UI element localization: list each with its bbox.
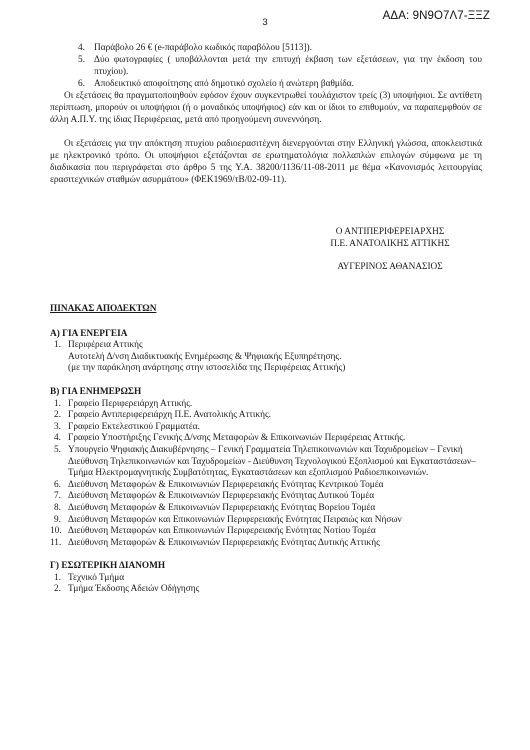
list-item: 5.Δύο φωτογραφίες ( υποβάλλονται μετά τη…	[50, 54, 482, 78]
paragraph-candidates: Οι εξετάσεις θα πραγματοποιηθούν εφόσον …	[50, 90, 482, 126]
signature-title: Ο ΑΝΤΙΠΕΡΙΦΕΡΕΙΑΡΧΗΣ Π.Ε. ΑΝΑΤΟΛΙΚΗΣ ΑΤΤ…	[250, 226, 530, 250]
section-heading: Β) ΓΙΑ ΕΝΗΜΕΡΩΣΗ	[50, 387, 490, 399]
list-item: 5.Υπουργείο Ψηφιακής Διακυβέρνησης – Γεν…	[50, 445, 490, 480]
section-heading: Γ) ΕΣΩΤΕΡΙΚΗ ΔΙΑΝΟΜΗ	[50, 561, 490, 573]
list-item: 8.Διεύθυνση Μεταφορών & Επικοινωνιών Περ…	[50, 503, 490, 515]
list-item: 1. Περιφέρεια Αττικής Αυτοτελή Δ/νση Δια…	[50, 340, 490, 375]
list-item: 4.Παράβολο 26 € (e-παράβολο κωδικός παρα…	[50, 42, 482, 54]
recipients-table: ΠΙΝΑΚΑΣ ΑΠΟΔΕΚΤΩΝ Α) ΓΙΑ ΕΝΕΡΓΕΙΑ 1. Περ…	[50, 304, 490, 596]
list-item: 3.Γραφείο Εκτελεστικού Γραμματέα.	[50, 422, 490, 434]
list-item: 2.Τμήμα Έκδοσης Αδειών Οδήγησης	[50, 584, 490, 596]
recipients-list-c: 1.Τεχνικό Τμήμα2.Τμήμα Έκδοσης Αδειών Οδ…	[50, 573, 490, 596]
list-item: 4.Γραφείο Υποστήριξης Γενικής Δ/νσης Μετ…	[50, 433, 490, 445]
paragraph-exam-method: Οι εξετάσεις για την απόκτηση πτυχίου ρα…	[50, 138, 482, 186]
list-item: 1.Τεχνικό Τμήμα	[50, 573, 490, 585]
recipients-list-b: 1.Γραφείο Περιφερειάρχη Αττικής.2.Γραφεί…	[50, 399, 490, 550]
recipients-list-a: 1. Περιφέρεια Αττικής Αυτοτελή Δ/νση Δια…	[50, 340, 490, 375]
list-item: 2.Γραφείο Αντιπεριφερειάρχη Π.Ε. Ανατολι…	[50, 410, 490, 422]
list-item: 6.Αποδεικτικό αποφοίτησης από δημοτικό σ…	[50, 78, 482, 90]
requirements-list: 4.Παράβολο 26 € (e-παράβολο κωδικός παρα…	[50, 42, 482, 90]
list-item: 9.Διεύθυνση Μεταφορών και Επικοινωνιών Π…	[50, 515, 490, 527]
list-item: 11.Διεύθυνση Μεταφορών & Επικοινωνιών Πε…	[50, 538, 490, 550]
list-item: 7.Διεύθυνση Μεταφορών & Επικοινωνιών Περ…	[50, 491, 490, 503]
list-item: 1.Γραφείο Περιφερειάρχη Αττικής.	[50, 399, 490, 411]
page-number: 3	[0, 17, 530, 28]
signature-name: ΑΥΓΕΡΙΝΟΣ ΑΘΑΝΑΣΙΟΣ	[250, 261, 530, 273]
document-body: 4.Παράβολο 26 € (e-παράβολο κωδικός παρα…	[50, 42, 482, 186]
recipients-title: ΠΙΝΑΚΑΣ ΑΠΟΔΕΚΤΩΝ	[50, 304, 490, 316]
section-heading: Α) ΓΙΑ ΕΝΕΡΓΕΙΑ	[50, 329, 490, 341]
list-item: 10.Διεύθυνση Μεταφορών και Επικοινωνιών …	[50, 526, 490, 538]
list-item: 6.Διεύθυνση Μεταφορών & Επικοινωνιών Περ…	[50, 480, 490, 492]
